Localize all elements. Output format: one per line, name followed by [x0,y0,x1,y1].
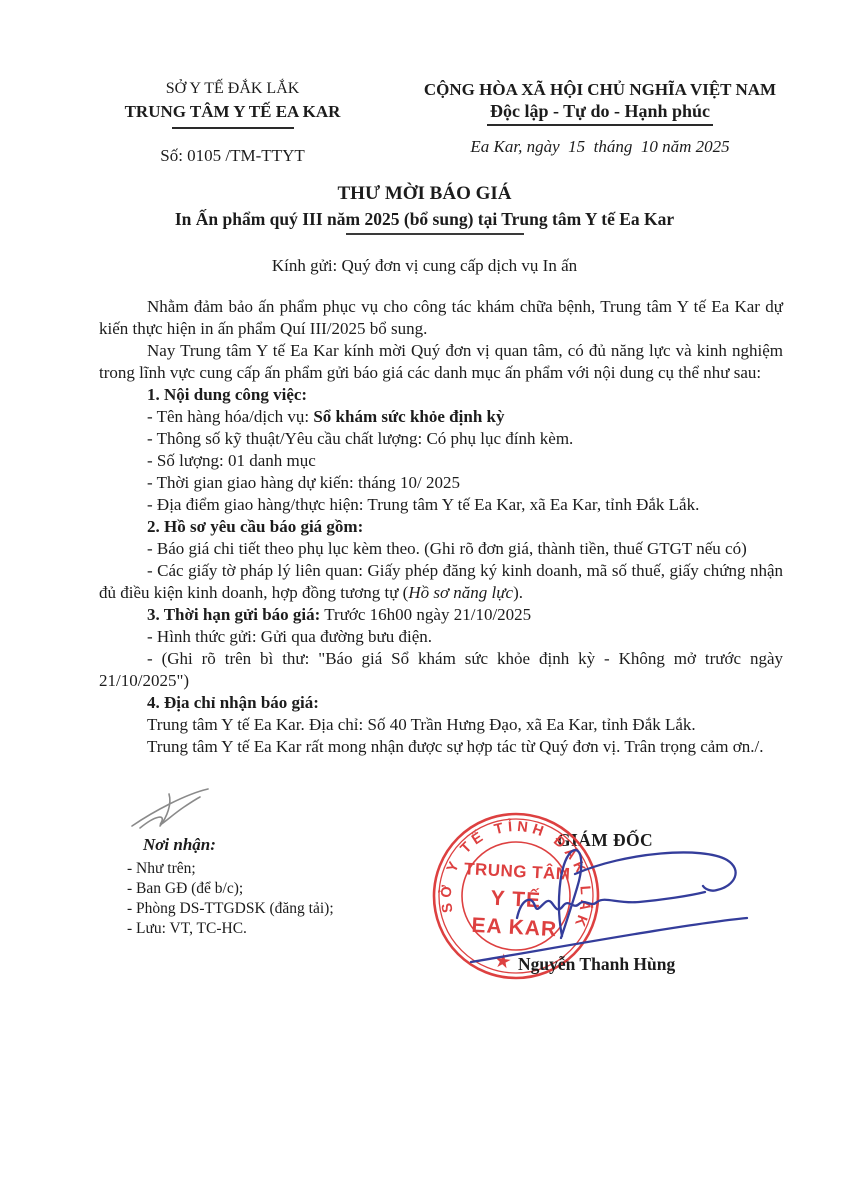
legal-docs-close: ). [513,583,523,602]
director-signature [455,836,755,971]
national-title: CỘNG HÒA XÃ HỘI CHỦ NGHĨA VIỆT NAM [400,80,800,100]
goods-value: Sổ khám sức khỏe định kỳ [313,407,504,426]
section1-item-delivery-place: - Địa điểm giao hàng/thực hiện: Trung tâ… [99,494,783,516]
org-name: TRUNG TÂM Y TẾ EA KAR [40,102,425,122]
signer-name: Nguyễn Thanh Hùng [518,954,675,975]
section1-item-goods: - Tên hàng hóa/dịch vụ: Sổ khám sức khỏe… [99,406,783,428]
closing-paragraph: Trung tâm Y tế Ea Kar rất mong nhận được… [99,736,783,758]
parent-org-name: SỞ Y TẾ ĐẮK LẮK [40,80,425,98]
subtitle-underline [346,233,524,235]
section2-heading: 2. Hồ sơ yêu cầu báo giá gồm: [99,516,783,538]
handwritten-initial-scribble [124,784,216,834]
paragraph-intro-1: Nhằm đảm bảo ấn phẩm phục vụ cho công tá… [99,296,783,340]
place-dateline: Ea Kar, ngày 15 tháng 10 năm 2025 [400,137,800,157]
section4-address: Trung tâm Y tế Ea Kar. Địa chỉ: Số 40 Tr… [99,714,783,736]
section2-item-legal-docs: - Các giấy tờ pháp lý liên quan: Giấy ph… [99,560,783,604]
national-header-block: CỘNG HÒA XÃ HỘI CHỦ NGHĨA VIỆT NAM Độc l… [400,80,800,157]
deadline-value: Trước 16h00 ngày 21/10/2025 [320,605,531,624]
doc-title: THƯ MỜI BÁO GIÁ [0,183,849,205]
section2-item-quote-detail: - Báo giá chi tiết theo phụ lục kèm theo… [99,538,783,560]
recipient-item: - Phòng DS-TTGDSK (đăng tải); [127,899,334,919]
national-motto: Độc lập - Tự do - Hạnh phúc [487,101,713,126]
recipient-item: - Ban GĐ (để b/c); [127,879,334,899]
salutation: Kính gửi: Quý đơn vị cung cấp dịch vụ In… [0,256,849,276]
section3-heading-text: 3. Thời hạn gửi báo giá: [147,605,320,624]
section4-heading: 4. Địa chỉ nhận báo giá: [99,692,783,714]
recipients-list: - Như trên; - Ban GĐ (để b/c); - Phòng D… [127,859,334,939]
document-page: SỞ Y TẾ ĐẮK LẮK TRUNG TÂM Y TẾ EA KAR Số… [0,0,849,1200]
section1-item-quantity: - Số lượng: 01 danh mục [99,450,783,472]
section1-heading-text: 1. Nội dung công việc: [147,385,307,404]
recipient-item: - Như trên; [127,859,334,879]
section1-heading: 1. Nội dung công việc: [99,384,783,406]
org-underline [172,127,294,129]
section3-heading-line: 3. Thời hạn gửi báo giá: Trước 16h00 ngà… [99,604,783,626]
section1-item-specs: - Thông số kỹ thuật/Yêu cầu chất lượng: … [99,428,783,450]
section3-item-send-method: - Hình thức gửi: Gửi qua đường bưu điện. [99,626,783,648]
body-text: Nhằm đảm bảo ấn phẩm phục vụ cho công tá… [99,296,783,758]
recipients-title: Nơi nhận: [143,835,216,855]
doc-number: Số: 0105 /TM-TTYT [40,146,425,166]
issuing-org-block: SỞ Y TẾ ĐẮK LẮK TRUNG TÂM Y TẾ EA KAR Số… [40,80,425,166]
section4-heading-text: 4. Địa chỉ nhận báo giá: [147,693,319,712]
paragraph-intro-2: Nay Trung tâm Y tế Ea Kar kính mời Quý đ… [99,340,783,384]
recipient-item: - Lưu: VT, TC-HC. [127,919,334,939]
section1-item-delivery-time: - Thời gian giao hàng dự kiến: tháng 10/… [99,472,783,494]
section3-item-envelope-note: - (Ghi rõ trên bì thư: "Báo giá Sổ khám … [99,648,783,692]
goods-label: - Tên hàng hóa/dịch vụ: [147,407,313,426]
title-block: THƯ MỜI BÁO GIÁ In Ấn phẩm quý III năm 2… [0,183,849,276]
doc-subtitle: In Ấn phẩm quý III năm 2025 (bổ sung) tạ… [0,209,849,230]
section2-heading-text: 2. Hồ sơ yêu cầu báo giá gồm: [147,517,363,536]
capability-profile-italic: Hồ sơ năng lực [408,583,513,602]
